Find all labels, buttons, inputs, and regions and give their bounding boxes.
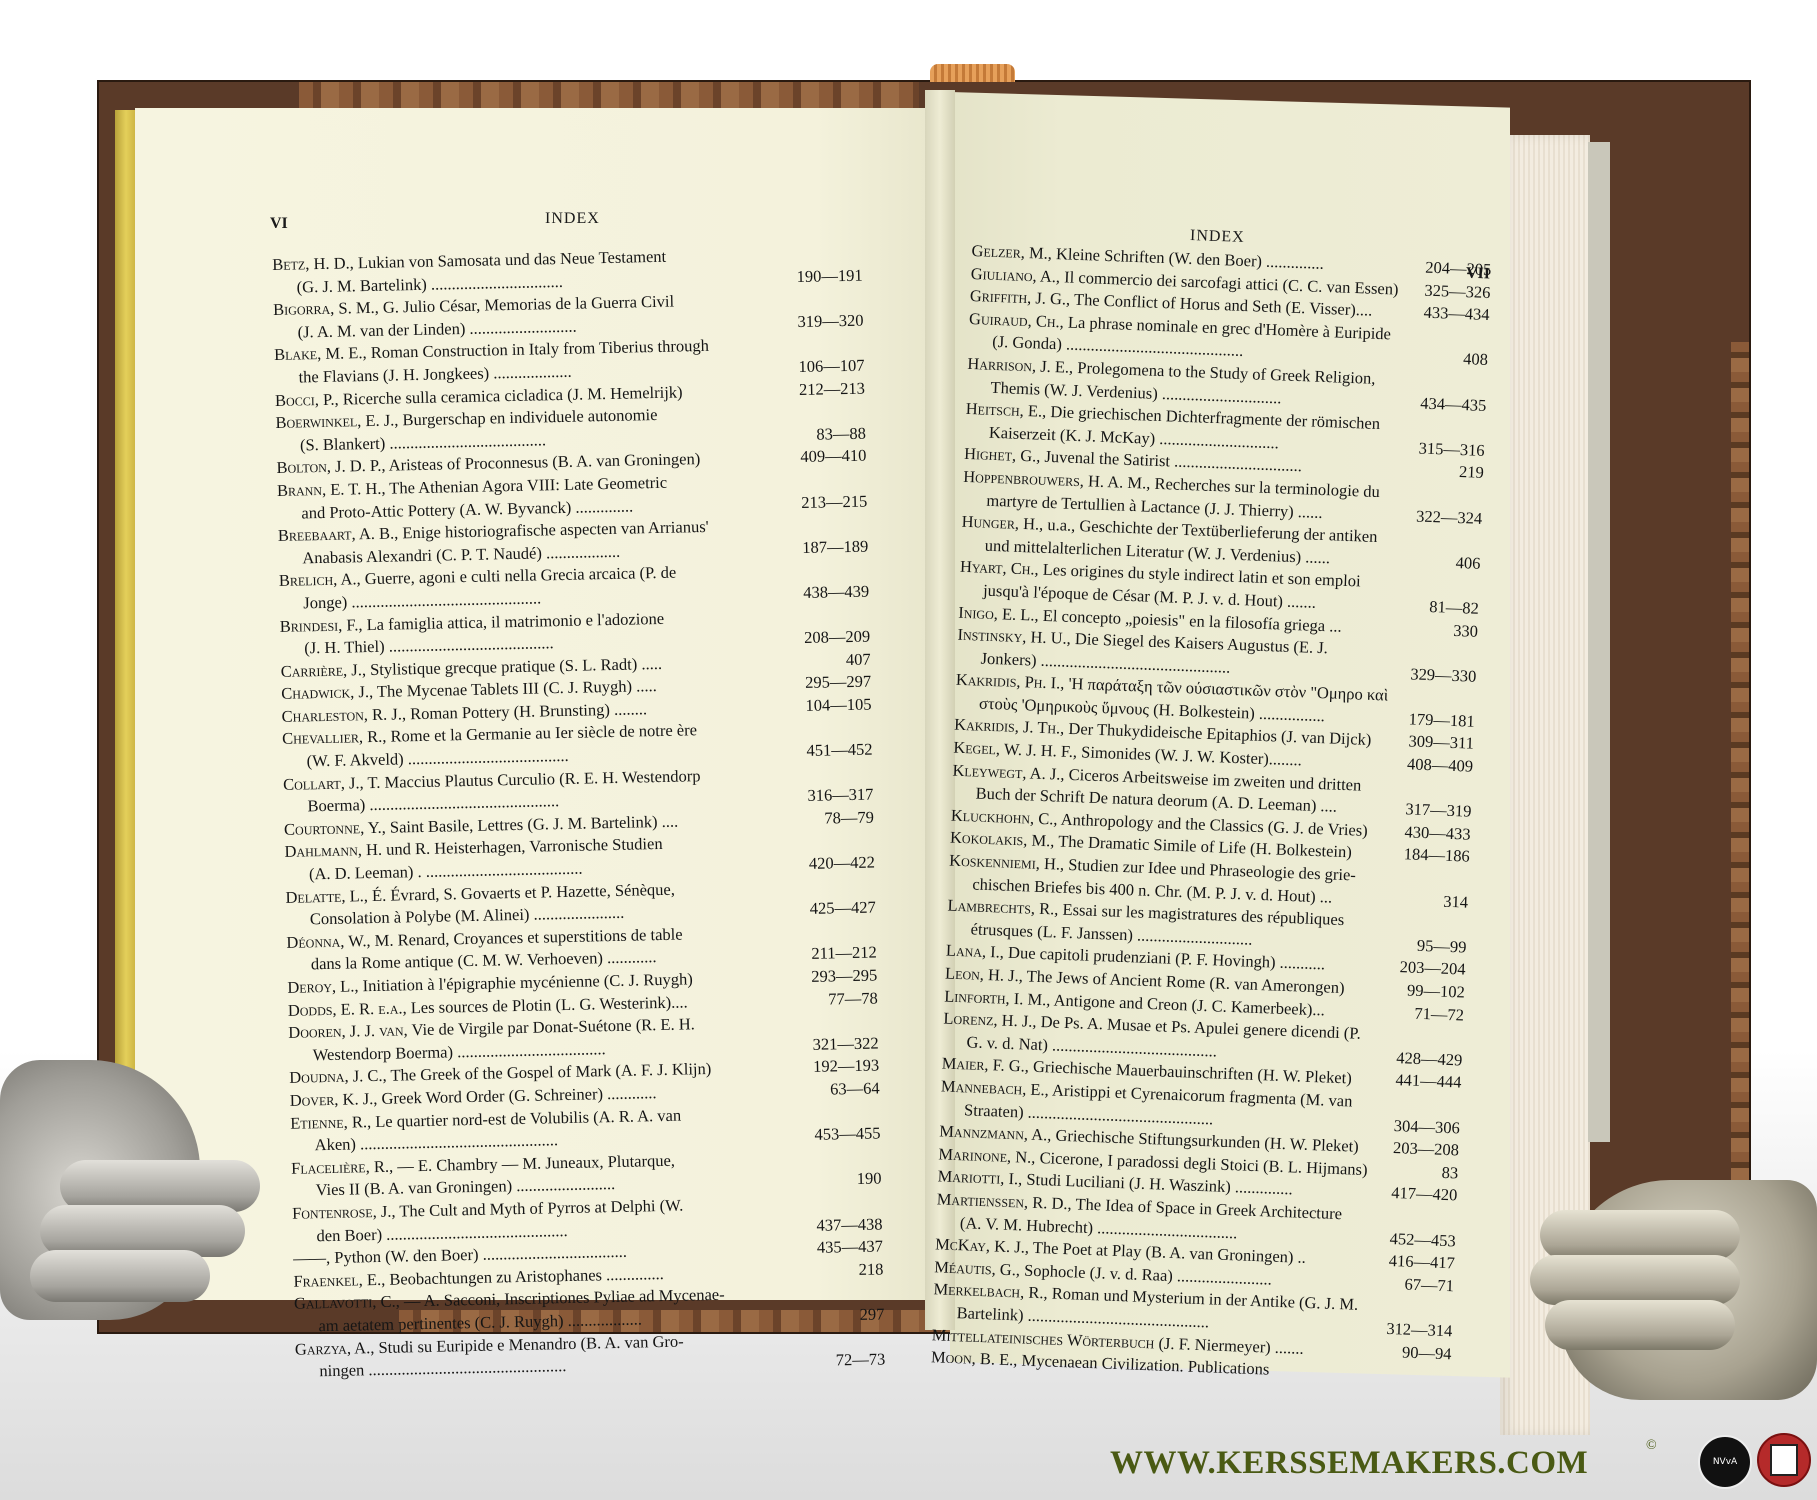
entry-page-range: 441—444	[1373, 1069, 1462, 1095]
entry-title: Beobachtungen zu Aristophanes ..........…	[385, 1264, 664, 1289]
entry-author: Doudna, J. C.,	[289, 1066, 387, 1087]
book-headband	[930, 64, 1015, 82]
entry-title: Les sources de Plotin (L. G. Westerink).…	[406, 992, 687, 1017]
entry-author: Kakridis, Ph. I.,	[956, 670, 1065, 693]
entry-author: Fraenkel, E.,	[293, 1270, 385, 1291]
entry-author: Marinone, N.,	[938, 1144, 1036, 1167]
index-entries-right: Gelzer, M., Kleine Schriften (W. den Boe…	[931, 240, 1492, 1388]
entry-author: Leon, H. J.,	[945, 964, 1023, 986]
entry-author: Kakridis, J. Th.,	[954, 715, 1065, 738]
entry-author: Bocci, P.,	[275, 389, 339, 409]
entry-page-range	[795, 890, 875, 892]
entry-page-range: 203—208	[1371, 1136, 1460, 1162]
entry-page-range: 434—435	[1398, 391, 1487, 417]
entry-title: ningen .................................…	[319, 1356, 566, 1380]
entry-author: Gallavotti, C.,	[294, 1292, 400, 1313]
entry-author: Bolton, J. D. P.,	[276, 456, 385, 477]
entry-page-range	[788, 529, 868, 531]
entry-author: Betz, H. D.,	[272, 253, 354, 274]
entry-page-range: 72—73	[805, 1348, 885, 1372]
entry-page-range: 192—193	[799, 1055, 879, 1079]
ilab-logo-icon	[1757, 1433, 1811, 1487]
entry-page-range: 425—427	[796, 897, 876, 921]
entry-title: Saint Basile, Lettres (G. J. M. Bartelin…	[386, 811, 679, 836]
entry-page-range: 408—409	[1385, 753, 1474, 779]
entry-author: Collart, J.,	[283, 773, 364, 794]
entry-title: The Cult and Myth of Pyrros at Delphi (W…	[395, 1196, 683, 1221]
entry-page-range: 321—322	[798, 1032, 878, 1056]
entry-author: Guiraud, Ch.,	[969, 309, 1064, 331]
entry-page-range	[1363, 1378, 1451, 1381]
entry-title: Aken) ..................................…	[314, 1130, 558, 1154]
entry-title: und R. Heisterhagen, Varronische Studien	[382, 834, 663, 859]
entry-page-range	[805, 1342, 885, 1344]
entry-author: Mannzmann, A.,	[939, 1122, 1052, 1145]
entry-page-range: 309—311	[1385, 730, 1474, 756]
entry-author: Mannebach, E.,	[941, 1076, 1050, 1099]
entry-author: Brann, E. T. H.,	[277, 479, 386, 500]
entry-page-range	[1384, 791, 1472, 794]
page-number-left: VI	[270, 215, 288, 233]
entry-page-range	[1397, 430, 1485, 433]
entry-author: Harrison, J. E.,	[967, 354, 1073, 377]
cover-wood-right	[1731, 342, 1749, 1222]
entry-author: Mariotti, I.,	[937, 1167, 1022, 1189]
entry-page-range: 179—181	[1386, 707, 1475, 733]
entry-page-range	[796, 935, 876, 937]
entry-author: Kokolakis, M.,	[950, 828, 1055, 851]
entry-author: Chevallier, R.,	[282, 727, 387, 748]
entry-page-range	[1393, 543, 1481, 546]
entry-page-range	[1379, 927, 1467, 930]
entry-author: Hyart, Ch.,	[960, 557, 1039, 579]
entry-page-range: 104—105	[791, 693, 871, 717]
entry-page-range	[1389, 656, 1477, 659]
entry-author: Charleston, R. J.,	[281, 704, 406, 726]
entry-page-range: 99—102	[1376, 978, 1465, 1004]
entry-author: Gelzer, M.,	[971, 241, 1052, 263]
entry-author: Kegel, W. J. H. F.,	[953, 738, 1077, 762]
cover-wood-top	[299, 82, 919, 110]
entry-author: Lorenz, H. J.,	[943, 1009, 1037, 1031]
entry-page-range	[1401, 340, 1489, 343]
entry-page-range: 187—189	[788, 535, 868, 559]
entry-page-range: 297	[804, 1303, 884, 1327]
entry-author: Heitsch, E.,	[965, 399, 1046, 421]
entry-author: Kluckhohn, C.,	[951, 805, 1058, 828]
entry-page-range: 81—82	[1390, 595, 1479, 621]
entry-author: Dodds, E. R. e.a.,	[288, 998, 407, 1019]
entry-page-range: 420—422	[795, 852, 875, 876]
entry-page-range: 416—417	[1366, 1249, 1455, 1275]
entry-page-range: 433—434	[1401, 301, 1490, 327]
entry-author: Brelich, A.,	[279, 570, 361, 591]
entry-author: Griffith, J. G.,	[970, 286, 1071, 309]
entry-author: Garzya, A.,	[295, 1338, 375, 1359]
entry-author: Flacelière, R.,	[291, 1156, 393, 1177]
entry-page-range	[1392, 588, 1480, 591]
entry-author: Déonna, W.,	[286, 931, 371, 952]
entry-author: Highet, G.,	[964, 444, 1041, 466]
entry-page-range: 428—429	[1374, 1046, 1463, 1072]
entry-author: Deroy, L.,	[287, 976, 359, 996]
entry-page-range: 293—295	[797, 964, 877, 988]
entry-title: (J. F. Niermeyer) .......	[1154, 1333, 1304, 1357]
entry-title: (A. D. Leeman) . .......................…	[309, 859, 583, 884]
entry-author: Brindesi, F.,	[280, 615, 363, 636]
entry-page-range: 219	[1395, 459, 1484, 485]
hand-finger	[1545, 1300, 1735, 1350]
entry-page-range	[789, 574, 869, 576]
entry-author: Koskenniemi, H.,	[949, 851, 1065, 874]
entry-page-range	[800, 1116, 880, 1118]
entry-author: Lana, I.,	[946, 941, 1005, 962]
entry-title: (J. H. Thiel) ..........................…	[304, 633, 554, 657]
entry-page-range: 190—191	[782, 264, 862, 288]
entry-page-range: 211—212	[797, 942, 877, 966]
entry-author: Delatte, L.,	[285, 886, 368, 907]
entry-title: Westendorp Boerma) .....................…	[313, 1039, 606, 1064]
entry-author: Instinsky, H. U.,	[957, 625, 1071, 648]
entry-author: Carrière, J.,	[281, 660, 367, 681]
entry-author: Courtonne, Y.,	[284, 818, 386, 839]
entry-page-range: 314	[1380, 888, 1469, 914]
entry-page-range	[802, 1206, 882, 1208]
entry-title: the Flavians (J. H. Jongkees) ..........…	[298, 362, 571, 387]
entry-author: Bigorra, S. M.,	[273, 298, 379, 319]
entry-title: Vie de Virgile par Donat-Suétone (R. E. …	[408, 1015, 696, 1040]
entry-page-range: 83—88	[786, 422, 866, 446]
entry-page-range: 295—297	[791, 671, 871, 695]
entry-author: McKay, K. J.,	[935, 1234, 1030, 1256]
entry-page-range	[1381, 881, 1469, 884]
entry-page-range: 322—324	[1394, 504, 1483, 530]
entry-page-range	[1368, 1220, 1456, 1223]
entry-page-range: 330	[1390, 617, 1479, 643]
entry-page-range: 90—94	[1363, 1340, 1452, 1366]
entry-page-range: 325—326	[1402, 278, 1491, 304]
entry-page-range: 67—71	[1366, 1272, 1455, 1298]
entry-author: Dooren, J. J. van,	[288, 1021, 408, 1042]
entry-author: Boerwinkel, E. J.,	[275, 411, 398, 433]
hand-finger	[30, 1250, 210, 1302]
entry-author: Dover, K. J.,	[290, 1089, 378, 1110]
entry-page-range: 453—455	[800, 1123, 880, 1147]
entry-page-range: 203—204	[1377, 956, 1466, 982]
entry-title: (W. F. Akveld) .........................…	[306, 746, 568, 770]
entry-title: The Mycenae Tablets III (C. J. Ruygh) ..…	[373, 676, 657, 701]
entry-page-range	[1375, 1039, 1463, 1042]
entry-page-range	[1365, 1310, 1453, 1313]
entry-page-range: 83	[1370, 1159, 1459, 1185]
entry-page-range: 438—439	[789, 580, 869, 604]
entry-page-range: 77—78	[798, 987, 878, 1011]
entry-page-range: 71—72	[1376, 1001, 1465, 1027]
entry-page-range: 316—317	[793, 784, 873, 808]
entry-title: den Boer) ..............................…	[316, 1221, 567, 1245]
entry-title: G. Julio César, Memorias de la Guerra Ci…	[379, 292, 675, 317]
entry-page-range: 190	[801, 1168, 881, 1192]
entry-page-range	[804, 1297, 884, 1299]
entry-page-range: 208—209	[790, 626, 870, 650]
entry-page-range	[793, 777, 873, 779]
index-entries-left: Betz, H. D., Lukian von Samosata und das…	[272, 242, 886, 1384]
entry-page-range	[801, 1161, 881, 1163]
entry-title: Greek Word Order (G. Schreiner) ........…	[377, 1083, 657, 1108]
entry-page-range: 437—438	[802, 1213, 882, 1237]
entry-author: Méautis, G.,	[934, 1257, 1020, 1279]
entry-title: (J. A. M. van der Linden) ..............…	[297, 316, 576, 341]
entry-page-range	[792, 732, 872, 734]
entry-page-range: 312—314	[1364, 1317, 1453, 1343]
entry-page-range: 329—330	[1388, 662, 1477, 688]
copyright-symbol: ©	[1646, 1438, 1657, 1454]
entry-author: Breebaart, A. B.,	[278, 524, 399, 546]
entry-page-range: 63—64	[799, 1077, 879, 1101]
entry-title: The Athenian Agora VIII: Late Geometric	[385, 473, 667, 498]
entry-author: Martienssen, R. D.,	[936, 1189, 1072, 1213]
entry-page-range	[798, 1026, 878, 1028]
entry-author: ——,	[293, 1248, 331, 1268]
entry-page-range: 406	[1392, 549, 1481, 575]
entry-title: Vies II (B. A. van Groningen) ..........…	[315, 1174, 615, 1199]
entry-author: Chadwick, J.,	[281, 682, 373, 703]
running-head-left: INDEX	[545, 210, 600, 228]
entry-page-range: 451—452	[792, 739, 872, 763]
entry-page-range: 213—215	[787, 490, 867, 514]
entry-author: Hunger, H.,	[961, 512, 1043, 534]
entry-author: Lambrechts, R.,	[947, 896, 1059, 919]
entry-author: Linforth, I. M.,	[944, 986, 1051, 1009]
entry-title: (S. Blankert) ..........................…	[300, 430, 546, 454]
hand-finger	[1540, 1210, 1740, 1260]
entry-page-range: 319—320	[783, 309, 863, 333]
entry-page-range: 409—410	[786, 445, 866, 469]
entry-author: Etienne, R.,	[290, 1112, 371, 1133]
entry-page-range: 184—186	[1381, 843, 1470, 869]
entry-page-range: 407	[790, 648, 870, 672]
entry-author: Fontenrose, J.,	[292, 1202, 396, 1223]
entry-title: La famiglia attica, il matrimonio e l'ad…	[362, 608, 664, 633]
entry-author: Dahlmann, H.	[284, 840, 382, 861]
entry-page-range	[1399, 385, 1487, 388]
entry-page-range	[1372, 1107, 1460, 1110]
entry-page-range: 317—319	[1383, 798, 1472, 824]
right-page-edge	[1588, 142, 1610, 1142]
entry-author: Maier, F. G.,	[941, 1054, 1029, 1076]
entry-page-range	[1387, 701, 1475, 704]
entry-page-range	[1395, 498, 1483, 501]
entry-page-range: 315—316	[1396, 436, 1485, 462]
hand-finger	[1530, 1255, 1740, 1305]
entry-page-range	[782, 258, 862, 260]
entry-title: Jonge) .................................…	[303, 588, 541, 612]
entry-title: (G. J. M. Bartelink) ...................…	[296, 272, 563, 297]
entry-page-range: 435—437	[803, 1236, 883, 1260]
entry-title: Roman Pottery (H. Brunsting) ........	[406, 699, 647, 723]
entry-author: Blake, M. E.,	[274, 343, 367, 364]
entry-page-range: 204—205	[1403, 256, 1492, 282]
entry-author: Kleywegt, A. J.,	[952, 760, 1065, 783]
site-watermark: WWW.KERSSEMAKERS.COM	[1110, 1445, 1588, 1482]
entry-page-range: 212—213	[785, 377, 865, 401]
entry-page-range: 452—453	[1367, 1227, 1456, 1253]
entry-author: Inigo, E. L.,	[958, 602, 1039, 624]
entry-title: — E. Chambry — M. Juneaux, Plutarque,	[393, 1151, 675, 1176]
running-head-right: INDEX	[1190, 227, 1245, 247]
entry-title: Boerma) ................................…	[307, 791, 559, 815]
entry-page-range: 304—306	[1371, 1114, 1460, 1140]
entry-page-range	[787, 484, 867, 486]
entry-page-range	[790, 619, 870, 621]
entry-page-range: 218	[803, 1258, 883, 1282]
entry-page-range: 106—107	[784, 355, 864, 379]
entry-author: Moon, B. E.,	[931, 1347, 1018, 1369]
entry-page-range	[786, 416, 866, 418]
entry-author: Giuliano, A.,	[970, 264, 1060, 286]
entry-page-range: 417—420	[1369, 1182, 1458, 1208]
entry-page-range: 408	[1400, 346, 1489, 372]
entry-title: Python (W. den Boer) ...................…	[330, 1242, 627, 1267]
entry-page-range: 95—99	[1378, 933, 1467, 959]
entry-page-range	[784, 348, 864, 350]
entry-page-range: 78—79	[794, 806, 874, 830]
entry-page-range	[783, 303, 863, 305]
entry-page-range: 430—433	[1382, 820, 1471, 846]
entry-title: Stylistique grecque pratique (S. L. Radt…	[366, 654, 662, 679]
entry-author: Merkelbach, R.,	[933, 1280, 1048, 1303]
entry-page-range	[795, 845, 875, 847]
nvva-logo-icon: NVvA	[1698, 1435, 1752, 1489]
entry-title: Burgerschap en individuele autonomie	[398, 405, 657, 429]
